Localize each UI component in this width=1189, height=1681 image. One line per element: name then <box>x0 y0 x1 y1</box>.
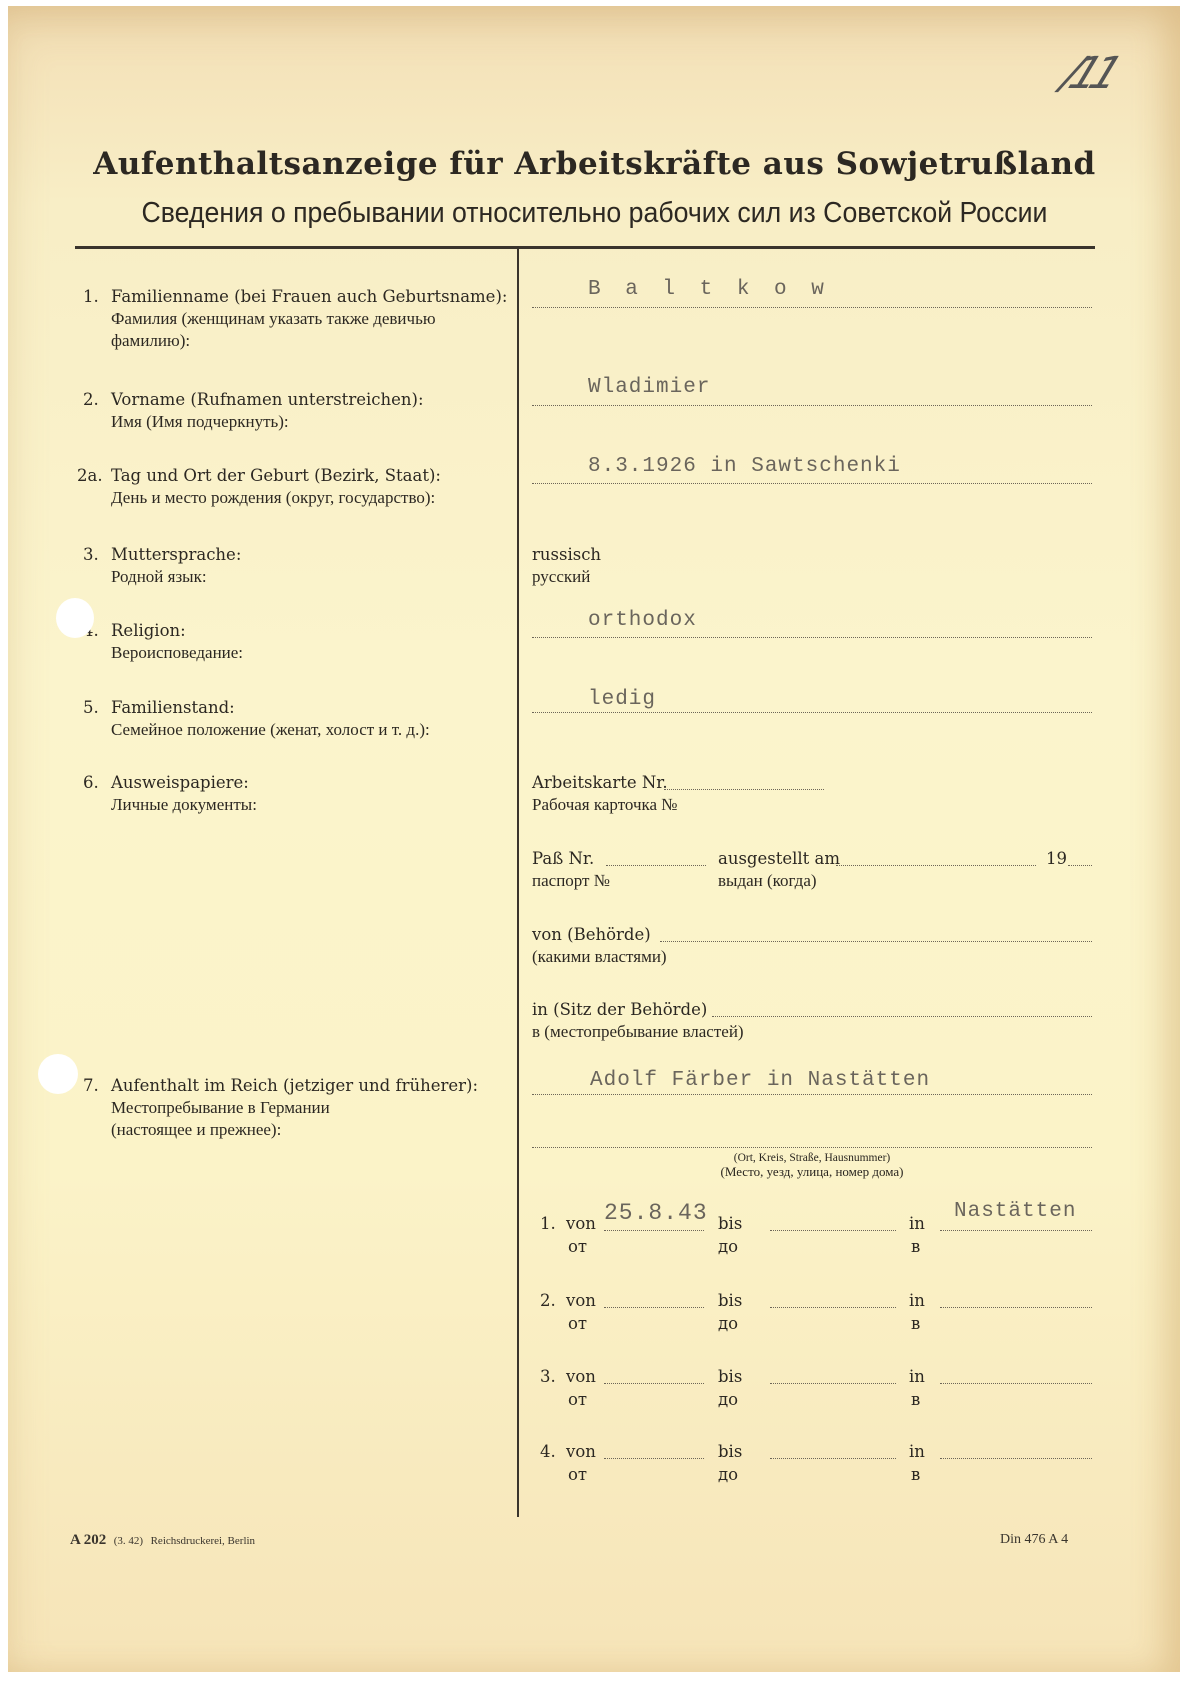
issued-german: ausgestellt am <box>718 848 840 870</box>
label-russian: Имя (Имя подчеркнуть): <box>111 411 511 433</box>
field-number: 2. <box>83 389 99 411</box>
form-edition: (3. 42) <box>114 1535 143 1547</box>
issued-year-field[interactable] <box>1068 865 1092 866</box>
field-firstname-label: 2. Vorname (Rufnamen unterstreichen): Им… <box>111 389 511 433</box>
stay-row-4: 4. von от bis до in в <box>540 1436 1100 1496</box>
field-residence-label: 7. Aufenthalt im Reich (jetziger und frü… <box>111 1075 531 1141</box>
work-card-number-field[interactable] <box>664 789 824 790</box>
label-russian: Родной язык: <box>111 566 511 588</box>
marital-value[interactable]: ledig <box>588 688 656 711</box>
paper-standard: Din 476 A 4 <box>1000 1532 1068 1548</box>
label-german: Aufenthalt im Reich (jetziger und früher… <box>111 1075 531 1097</box>
stay-number: 4. <box>540 1441 556 1463</box>
stay-to-field[interactable] <box>770 1458 896 1459</box>
to-label-ru: до <box>718 1389 738 1411</box>
stay-place-field[interactable] <box>940 1458 1092 1459</box>
passport-german: Paß Nr. <box>532 848 610 870</box>
language-german: russisch <box>532 544 601 566</box>
field-documents-label: 6. Ausweispapiere: Личные документы: <box>111 772 511 816</box>
to-label: bis <box>718 1441 742 1463</box>
from-label-ru: от <box>568 1313 587 1335</box>
work-card-german: Arbeitskarte Nr. <box>532 772 678 794</box>
label-german: Familienstand: <box>111 697 531 719</box>
stay-place-line <box>940 1230 1092 1231</box>
authority-label: von (Behörde) (какими властями) <box>532 924 667 968</box>
from-label-ru: от <box>568 1236 587 1258</box>
in-label: in <box>909 1441 925 1463</box>
header-rule <box>75 246 1095 249</box>
field-number: 6. <box>83 772 99 794</box>
firstname-line <box>532 405 1092 406</box>
stay-to-field[interactable] <box>770 1230 896 1231</box>
address-note-german: (Ort, Kreis, Straße, Hausnummer) <box>532 1152 1092 1164</box>
stay-number: 3. <box>540 1366 556 1388</box>
in-label: in <box>909 1213 925 1235</box>
authority-seat-label: in (Sitz der Behörde) в (местопребывание… <box>532 999 744 1043</box>
issued-date-field[interactable] <box>836 865 1036 866</box>
form-number: A 202 <box>70 1532 106 1548</box>
from-label-ru: от <box>568 1389 587 1411</box>
label-russian: Личные документы: <box>111 794 511 816</box>
label-russian: Местопребывание в Германии <box>111 1097 531 1119</box>
marital-line <box>532 712 1092 713</box>
field-number: 7. <box>83 1075 99 1097</box>
residence-value[interactable]: Adolf Färber in Nastätten <box>590 1069 930 1092</box>
form-title-russian: Сведения о пребывании относительно рабоч… <box>48 197 1142 230</box>
address-note-russian: (Место, уезд, улица, номер дома) <box>532 1164 1092 1180</box>
issued-russian: выдан (когда) <box>718 870 840 892</box>
in-label: in <box>909 1366 925 1388</box>
authority-field[interactable] <box>660 941 1092 942</box>
passport-label: Paß Nr. паспорт № <box>532 848 610 892</box>
surname-line <box>532 307 1092 308</box>
birth-line <box>532 483 1092 484</box>
in-label-ru: в <box>911 1464 920 1486</box>
field-language-label: 3. Muttersprache: Родной язык: <box>111 544 511 588</box>
label-german: Tag und Ort der Geburt (Bezirk, Staat): <box>111 465 511 487</box>
work-card-label: Arbeitskarte Nr. Рабочая карточка № <box>532 772 678 816</box>
punch-hole <box>56 598 94 638</box>
in-label-ru: в <box>911 1313 920 1335</box>
work-card-russian: Рабочая карточка № <box>532 794 678 816</box>
from-label: von <box>566 1441 596 1463</box>
label-german: Familienname (bei Frauen auch Geburtsnam… <box>111 286 511 308</box>
stay-number: 2. <box>540 1290 556 1312</box>
authority-russian: (какими властями) <box>532 946 667 968</box>
language-russian: русский <box>532 566 601 588</box>
authority-german: von (Behörde) <box>532 924 667 946</box>
stay-to-field[interactable] <box>770 1307 896 1308</box>
seat-russian: в (местопребывание властей) <box>532 1021 744 1043</box>
to-label: bis <box>718 1366 742 1388</box>
in-label: in <box>909 1290 925 1312</box>
from-label-ru: от <box>568 1464 587 1486</box>
label-german: Muttersprache: <box>111 544 511 566</box>
in-label-ru: в <box>911 1389 920 1411</box>
residence-line-1 <box>532 1094 1092 1095</box>
label-russian: Семейное положение (женат, холост и т. д… <box>111 719 531 741</box>
from-label: von <box>566 1366 596 1388</box>
form-paper <box>8 6 1180 1672</box>
to-label-ru: до <box>718 1464 738 1486</box>
stay-from-field[interactable] <box>604 1458 704 1459</box>
column-divider <box>517 249 519 1517</box>
stay-from-field[interactable] <box>604 1383 704 1384</box>
from-label: von <box>566 1213 596 1235</box>
punch-hole <box>38 1054 78 1094</box>
form-title-german: Aufenthaltsanzeige für Arbeitskräfte aus… <box>0 146 1189 182</box>
to-label: bis <box>718 1213 742 1235</box>
field-religion-label: 4. Religion: Вероисповедание: <box>111 620 511 664</box>
label-german: Ausweispapiere: <box>111 772 511 794</box>
field-number: 1. <box>83 286 99 308</box>
footer-form-info: A 202 (3. 42) Reichsdruckerei, Berlin <box>70 1532 255 1549</box>
authority-seat-field[interactable] <box>712 1016 1092 1017</box>
field-surname-label: 1. Familienname (bei Frauen auch Geburts… <box>111 286 511 352</box>
residence-line-2 <box>532 1147 1092 1148</box>
label-russian: Фамилия (женщинам указать также девичью … <box>111 308 511 352</box>
label-german: Religion: <box>111 620 511 642</box>
to-label-ru: до <box>718 1236 738 1258</box>
label-german: Vorname (Rufnamen unterstreichen): <box>111 389 511 411</box>
birth-value[interactable]: 8.3.1926 in Sawtschenki <box>588 455 901 478</box>
stay-number: 1. <box>540 1213 556 1235</box>
to-label-ru: до <box>718 1313 738 1335</box>
stay-place-value[interactable]: Nastätten <box>954 1200 1076 1223</box>
printer-name: Reichsdruckerei, Berlin <box>151 1535 255 1547</box>
in-label-ru: в <box>911 1236 920 1258</box>
passport-number-field[interactable] <box>606 865 706 866</box>
stay-from-value[interactable]: 25.8.43 <box>604 1200 708 1226</box>
stay-place-field[interactable] <box>940 1307 1092 1308</box>
field-number: 2a. <box>77 465 103 487</box>
surname-value[interactable]: B a l t k o w <box>588 278 830 301</box>
field-birth-label: 2a. Tag und Ort der Geburt (Bezirk, Staa… <box>111 465 511 509</box>
passport-russian: паспорт № <box>532 870 610 892</box>
from-label: von <box>566 1290 596 1312</box>
religion-line <box>532 637 1092 638</box>
stay-to-field[interactable] <box>770 1383 896 1384</box>
year-prefix: 19 <box>1046 848 1067 870</box>
stay-from-line <box>604 1230 704 1231</box>
seat-german: in (Sitz der Behörde) <box>532 999 744 1021</box>
address-format-note: (Ort, Kreis, Straße, Hausnummer) (Место,… <box>532 1152 1092 1180</box>
field-number: 5. <box>83 697 99 719</box>
stay-row-2: 2. von от bis до in в <box>540 1285 1100 1345</box>
language-value: russisch русский <box>532 544 601 588</box>
issued-label: ausgestellt am выдан (когда) <box>718 848 840 892</box>
stay-row-3: 3. von от bis до in в <box>540 1361 1100 1421</box>
to-label: bis <box>718 1290 742 1312</box>
field-marital-label: 5. Familienstand: Семейное положение (же… <box>111 697 531 741</box>
label-russian: Вероисповедание: <box>111 642 511 664</box>
field-number: 3. <box>83 544 99 566</box>
label-russian: День и место рождения (округ, государств… <box>111 487 511 509</box>
stay-row-1: 1. von от 25.8.43 bis до in в Nastätten <box>540 1208 1100 1288</box>
stay-from-field[interactable] <box>604 1307 704 1308</box>
stay-place-field[interactable] <box>940 1383 1092 1384</box>
religion-value[interactable]: orthodox <box>588 609 697 632</box>
firstname-value[interactable]: Wladimier <box>588 376 710 399</box>
label-russian-2: (настоящее и прежнее): <box>111 1119 531 1141</box>
